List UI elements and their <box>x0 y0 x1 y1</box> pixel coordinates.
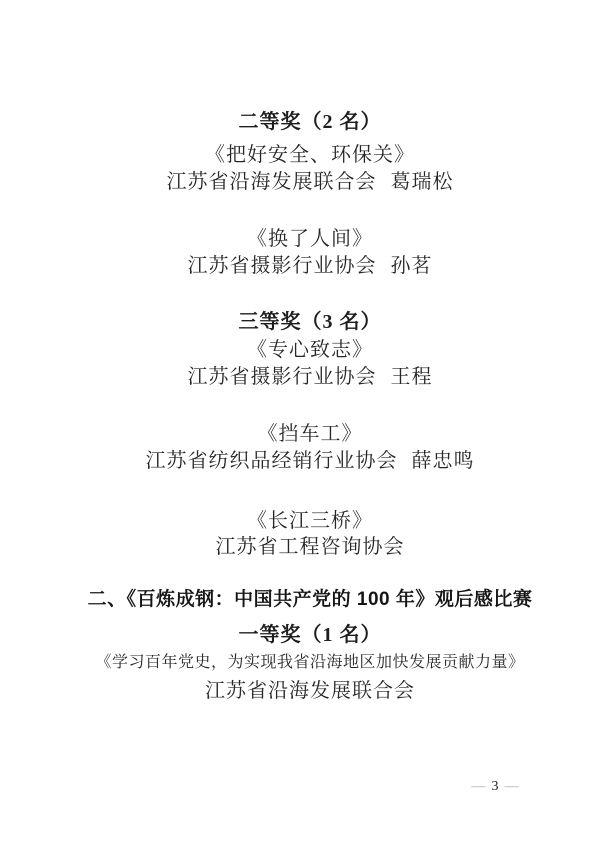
work-title: 《学习百年党史，为实现我省沿海地区加快发展贡献力量》 <box>20 652 600 674</box>
contest-heading: 二、《百炼成钢：中国共产党的 100 年》观后感比赛 <box>20 588 600 612</box>
organization-name: 江苏省摄影行业协会 <box>188 255 377 277</box>
author-name: 葛瑞松 <box>391 171 454 193</box>
organization-name: 江苏省工程咨询协会 <box>216 536 405 558</box>
author-name: 薛忠鸣 <box>412 450 475 472</box>
work-title: 《专心致志》 <box>20 339 600 361</box>
page-number-dash-right: — <box>505 779 519 794</box>
organization-name: 江苏省纺织品经销行业协会 <box>146 450 398 472</box>
page-content: 二等奖（2 名） 《把好安全、环保关》 江苏省沿海发展联合会葛瑞松 《换了人间》… <box>0 0 600 702</box>
author-name: 王程 <box>391 366 433 388</box>
document-page: 二等奖（2 名） 《把好安全、环保关》 江苏省沿海发展联合会葛瑞松 《换了人间》… <box>0 0 600 848</box>
page-number: —3— <box>449 779 541 795</box>
author-name: 孙茗 <box>391 255 433 277</box>
work-title: 《长江三桥》 <box>20 510 600 532</box>
prize-label-second: 二等奖（2 名） <box>20 111 600 133</box>
work-title: 《挡车工》 <box>20 423 600 445</box>
page-number-dash-left: — <box>472 779 486 794</box>
page-number-value: 3 <box>492 779 499 794</box>
organization-name: 江苏省沿海发展联合会 <box>167 171 377 193</box>
work-title: 《把好安全、环保关》 <box>20 144 600 166</box>
prize-label-first: 一等奖（1 名） <box>20 624 600 646</box>
entry-byline: 江苏省摄影行业协会孙茗 <box>20 255 600 277</box>
organization-name: 江苏省沿海发展联合会 <box>205 680 415 702</box>
entry-byline: 江苏省工程咨询协会 <box>20 536 600 558</box>
work-title: 《换了人间》 <box>20 228 600 250</box>
entry-byline: 江苏省沿海发展联合会 <box>20 680 600 702</box>
organization-name: 江苏省摄影行业协会 <box>188 366 377 388</box>
entry-byline: 江苏省摄影行业协会王程 <box>20 366 600 388</box>
entry-byline: 江苏省沿海发展联合会葛瑞松 <box>20 171 600 193</box>
entry-byline: 江苏省纺织品经销行业协会薛忠鸣 <box>20 450 600 472</box>
prize-label-third: 三等奖（3 名） <box>20 311 600 333</box>
